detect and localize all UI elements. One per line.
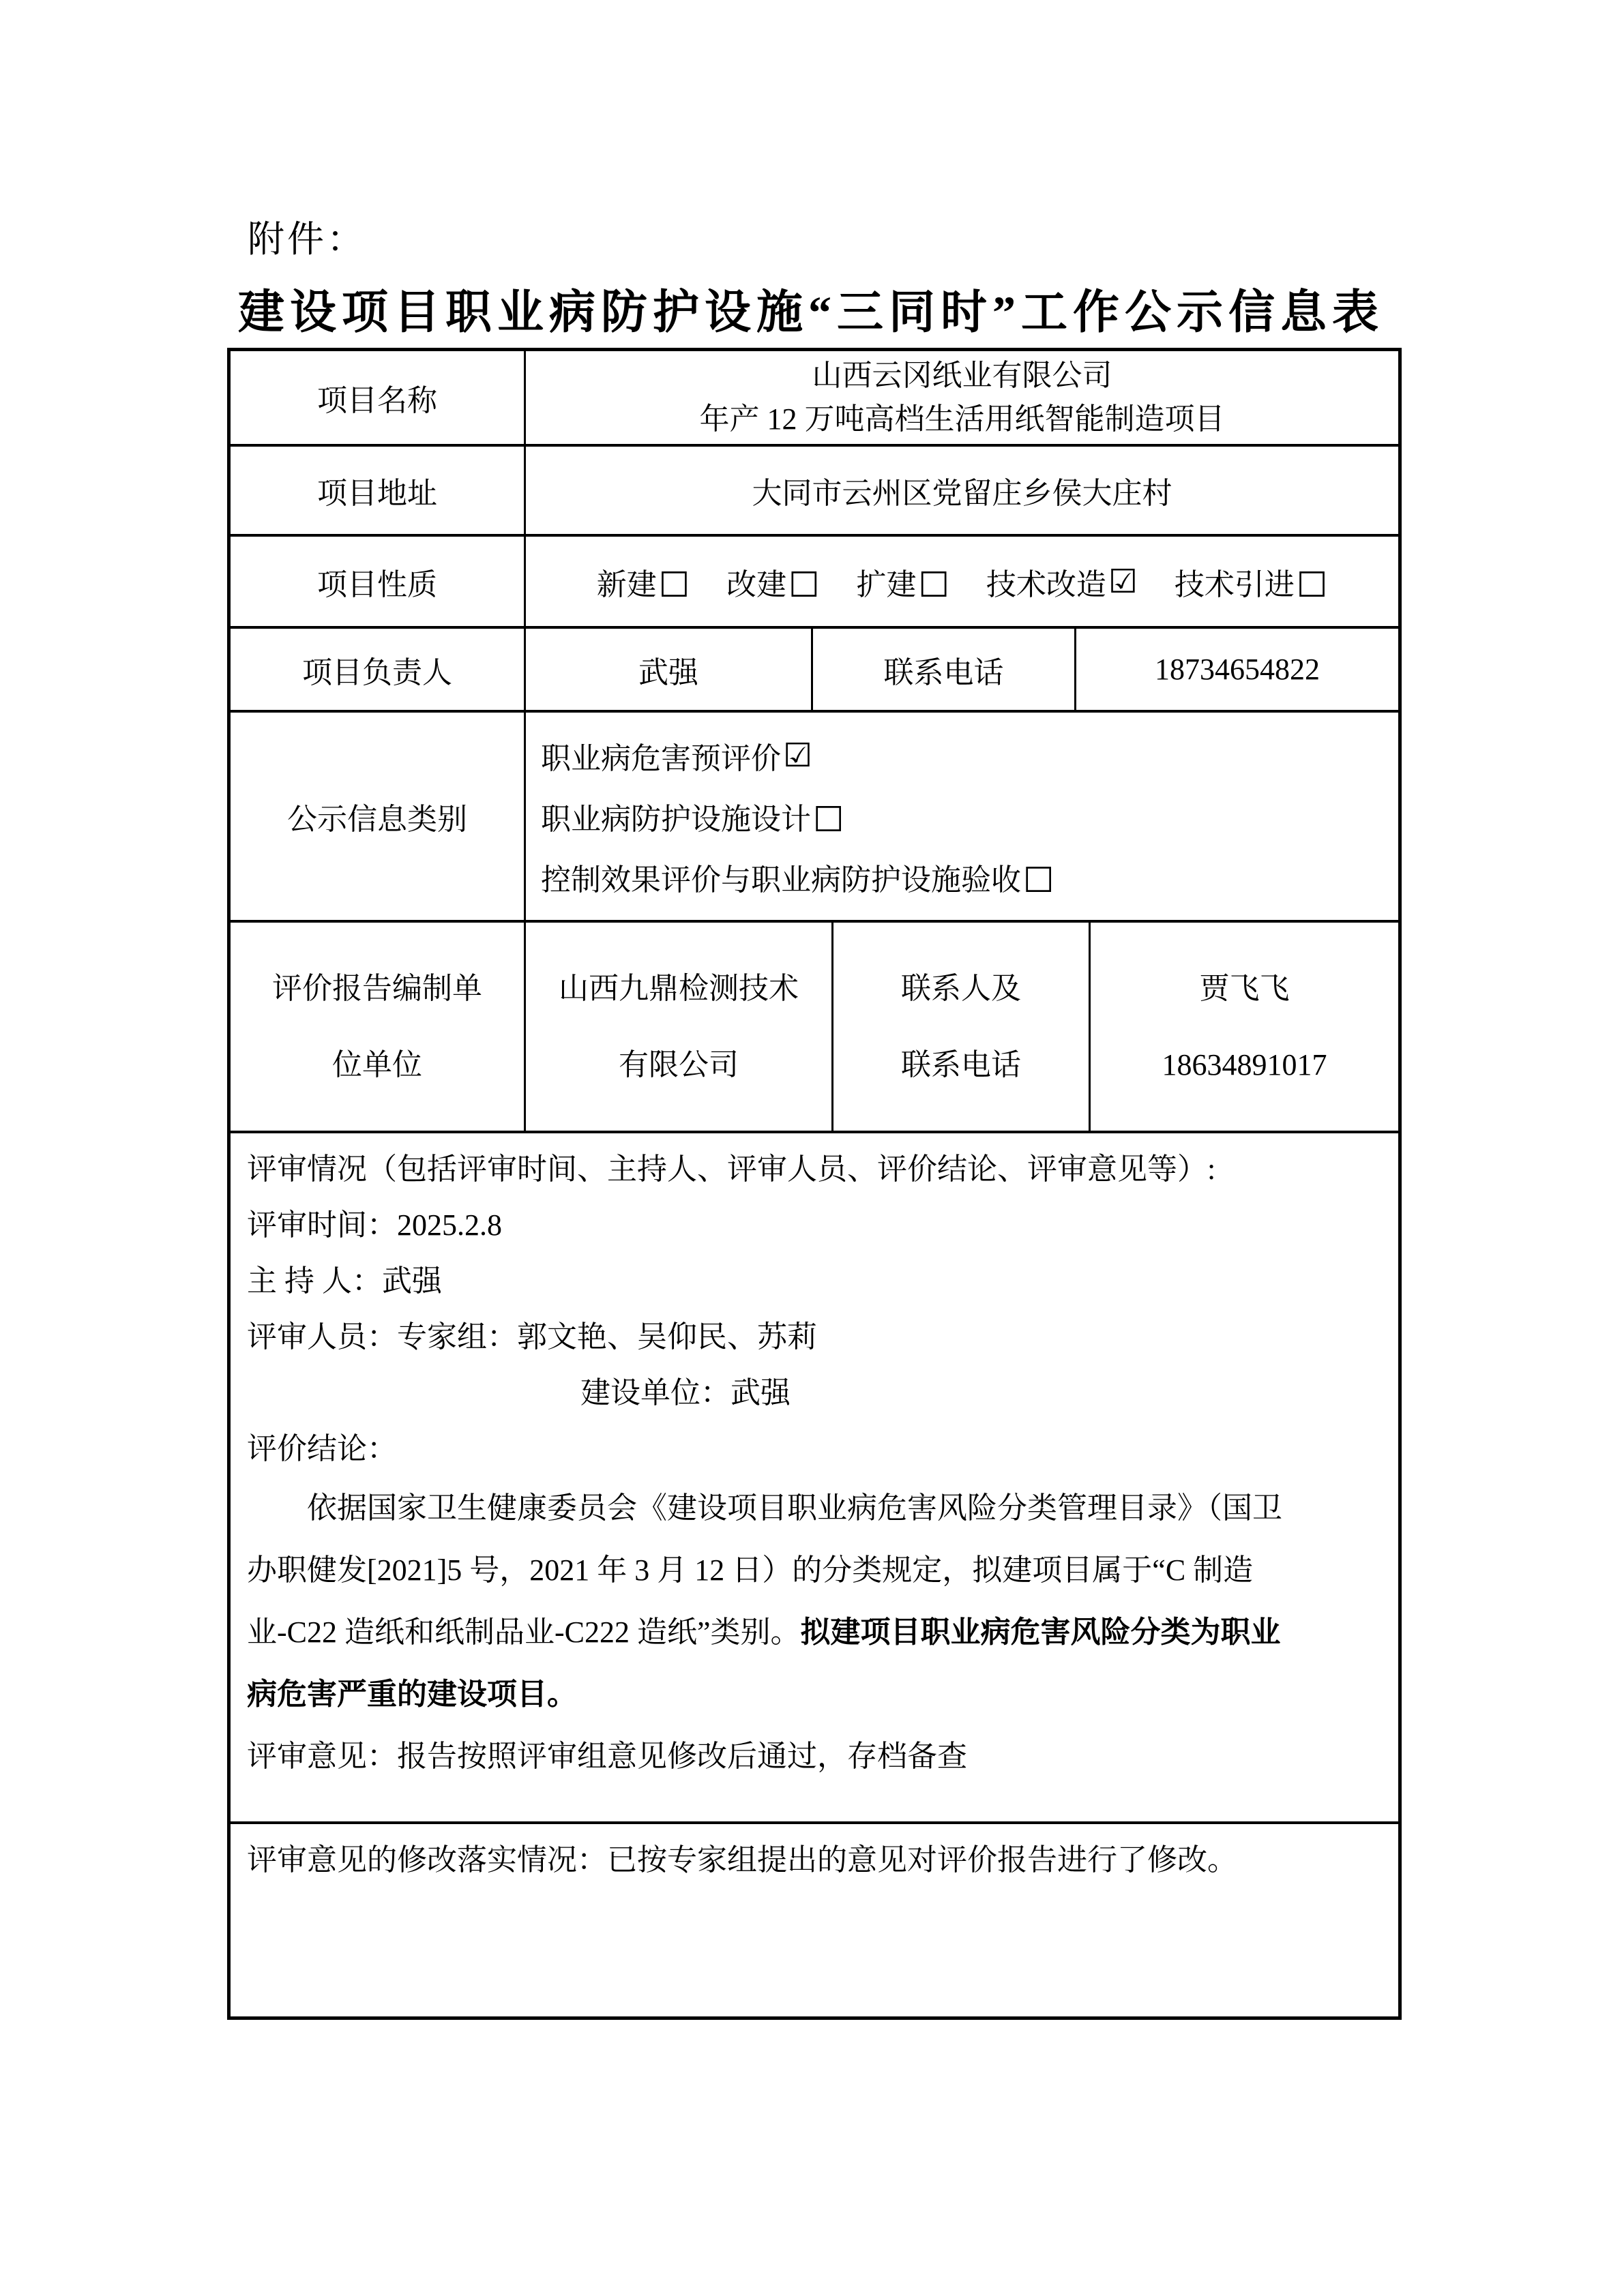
document-title: 建设项目职业病防护设施“三同时”工作公示信息表 xyxy=(227,282,1395,342)
review-opinion: 评审意见：报告按照评审组意见修改后通过，存档备查 xyxy=(247,1725,1382,1787)
report-contact-info: 贾飞飞 18634891017 xyxy=(1091,923,1398,1131)
row-public-info-category: 公示信息类别 职业病危害预评价 ☑ 职业病防护设施设计 □ 控制效果评价与职业病… xyxy=(231,713,1398,923)
report-contact-name: 贾飞飞 xyxy=(1200,951,1290,1027)
document-page: 附件： 建设项目职业病防护设施“三同时”工作公示信息表 项目名称 山西云冈纸业有… xyxy=(0,0,1624,2296)
project-leader-label: 项目负责人 xyxy=(231,629,526,710)
project-name-label: 项目名称 xyxy=(231,351,526,444)
checkbox-icon: □ xyxy=(659,565,690,598)
category-option-2: 职业病防护设施设计 □ xyxy=(541,786,1398,847)
option-label: 控制效果评价与职业病防护设施验收 xyxy=(541,855,1021,899)
category-option-3: 控制效果评价与职业病防护设施验收 □ xyxy=(541,847,1398,908)
project-name-line2: 年产 12 万吨高档生活用纸智能制造项目 xyxy=(700,398,1225,441)
review-host: 主 持 人：武强 xyxy=(247,1253,1382,1309)
project-nature-label: 项目性质 xyxy=(231,537,526,626)
option-label: 技术改造 xyxy=(986,560,1106,603)
report-unit-company-line2: 有限公司 xyxy=(619,1027,739,1103)
project-name-value: 山西云冈纸业有限公司 年产 12 万吨高档生活用纸智能制造项目 xyxy=(526,351,1398,444)
row-project-leader: 项目负责人 武强 联系电话 18734654822 xyxy=(231,629,1398,713)
contact-phone-value: 18734654822 xyxy=(1076,629,1398,710)
conclusion-label: 评价结论： xyxy=(247,1421,1382,1477)
project-name-line1: 山西云冈纸业有限公司 xyxy=(812,354,1112,398)
nature-option-1: 新建 □ xyxy=(597,560,690,603)
report-unit-label: 评价报告编制单 位单位 xyxy=(231,923,526,1131)
nature-options-line: 新建 □ 改建 □ 扩建 □ 技术改造 ☑ xyxy=(597,560,1327,603)
option-label: 扩建 xyxy=(856,560,916,603)
option-label: 改建 xyxy=(726,560,786,603)
option-label: 职业病防护设施设计 xyxy=(541,794,811,838)
option-label: 新建 xyxy=(597,560,657,603)
report-unit-company: 山西九鼎检测技术 有限公司 xyxy=(526,923,833,1131)
row-project-name: 项目名称 山西云冈纸业有限公司 年产 12 万吨高档生活用纸智能制造项目 xyxy=(231,351,1398,447)
checkbox-icon: □ xyxy=(788,565,819,598)
project-address-value: 大同市云州区党留庄乡侯大庄村 xyxy=(526,447,1398,534)
option-label: 技术引进 xyxy=(1175,560,1295,603)
report-contact-label: 联系人及 联系电话 xyxy=(833,923,1091,1131)
report-contact-label-line1: 联系人及 xyxy=(901,951,1021,1027)
category-label: 公示信息类别 xyxy=(231,713,526,920)
info-table: 项目名称 山西云冈纸业有限公司 年产 12 万吨高档生活用纸智能制造项目 项目地… xyxy=(227,348,1402,2020)
review-heading: 评审情况（包括评审时间、主持人、评审人员、评价结论、评审意见等）: xyxy=(247,1142,1382,1197)
review-section: 评审情况（包括评审时间、主持人、评审人员、评价结论、评审意见等）: 评审时间：2… xyxy=(231,1133,1398,1821)
checkbox-checked-icon: ☑ xyxy=(1108,565,1138,598)
row-report-unit: 评价报告编制单 位单位 山西九鼎检测技术 有限公司 联系人及 联系电话 贾飞飞 … xyxy=(231,923,1398,1133)
review-time: 评审时间：2025.2.8 xyxy=(247,1197,1382,1253)
report-contact-label-line2: 联系电话 xyxy=(901,1027,1021,1103)
nature-option-2: 改建 □ xyxy=(726,560,819,603)
conclusion-line-3: 业-C22 造纸和纸制品业-C222 造纸”类别。拟建项目职业病危害风险分类为职… xyxy=(247,1601,1382,1663)
modification-text: 评审意见的修改落实情况：已按专家组提出的意见对评价报告进行了修改。 xyxy=(231,1824,1398,2016)
checkbox-icon: □ xyxy=(1023,861,1054,893)
category-options: 职业病危害预评价 ☑ 职业病防护设施设计 □ 控制效果评价与职业病防护设施验收 … xyxy=(526,713,1398,920)
checkbox-icon: □ xyxy=(813,800,844,833)
category-option-1: 职业病危害预评价 ☑ xyxy=(541,726,1398,786)
report-unit-company-line1: 山西九鼎检测技术 xyxy=(559,951,799,1027)
row-modification: 评审意见的修改落实情况：已按专家组提出的意见对评价报告进行了修改。 xyxy=(231,1824,1398,2016)
project-nature-options: 新建 □ 改建 □ 扩建 □ 技术改造 ☑ xyxy=(526,537,1398,626)
report-unit-label-line2: 位单位 xyxy=(332,1027,422,1103)
review-panel: 评审人员：专家组：郭文艳、吴仰民、苏莉 xyxy=(247,1309,1382,1365)
attachment-label: 附件： xyxy=(248,217,366,262)
conclusion-line-1: 依据国家卫生健康委员会《建设项目职业病危害风险分类管理目录》（国卫 xyxy=(247,1477,1382,1539)
project-leader-name: 武强 xyxy=(526,629,813,710)
conclusion-line-3-normal: 业-C22 造纸和纸制品业-C222 造纸”类别。 xyxy=(247,1615,801,1649)
row-project-address: 项目地址 大同市云州区党留庄乡侯大庄村 xyxy=(231,447,1398,537)
row-project-nature: 项目性质 新建 □ 改建 □ 扩建 □ 技术改 xyxy=(231,537,1398,629)
conclusion-line-3-bold: 拟建项目职业病危害风险分类为职业 xyxy=(801,1615,1281,1649)
review-construction-unit: 建设单位：武强 xyxy=(247,1365,1382,1421)
nature-option-3: 扩建 □ xyxy=(856,560,949,603)
checkbox-checked-icon: ☑ xyxy=(783,739,812,772)
conclusion-line-4: 病危害严重的建设项目。 xyxy=(247,1663,1382,1725)
row-review: 评审情况（包括评审时间、主持人、评审人员、评价结论、评审意见等）: 评审时间：2… xyxy=(231,1133,1398,1824)
nature-option-4: 技术改造 ☑ xyxy=(986,560,1138,603)
checkbox-icon: □ xyxy=(1297,565,1327,598)
option-label: 职业病危害预评价 xyxy=(541,734,781,777)
nature-option-5: 技术引进 □ xyxy=(1175,560,1327,603)
report-contact-phone: 18634891017 xyxy=(1162,1027,1327,1103)
conclusion-line-2: 办职健发[2021]5 号，2021 年 3 月 12 日）的分类规定，拟建项目… xyxy=(247,1539,1382,1601)
project-address-label: 项目地址 xyxy=(231,447,526,534)
contact-phone-label: 联系电话 xyxy=(813,629,1076,710)
checkbox-icon: □ xyxy=(918,565,949,598)
report-unit-label-line1: 评价报告编制单 xyxy=(272,951,482,1027)
